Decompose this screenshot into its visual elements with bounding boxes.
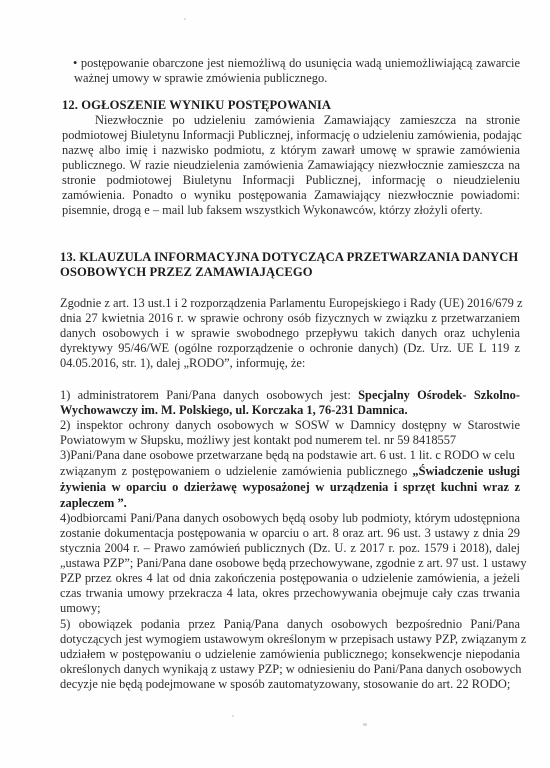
bullet-icon: • <box>73 56 77 70</box>
section-heading: OSOBOWYCH PRZEZ ZAMAWIAJĄCEGO <box>60 265 313 280</box>
scan-speck <box>363 723 367 726</box>
list-item-2: 2) inspektor ochrony danych osobowych w … <box>60 418 520 433</box>
paragraph-line: Niezwłocznie po udzieleniu zamówienia Za… <box>95 113 520 128</box>
bullet-line-1: • postępowanie obarczone jest niemożliwą… <box>73 56 520 71</box>
list-item-4-line: PZP przez okres 4 lat od dnia zakończeni… <box>60 571 520 586</box>
list-item-3: 3)Pani/Pana dane osobowe przetwarzane bę… <box>60 448 515 463</box>
scan-speck <box>184 18 186 20</box>
list-item-1-address: Wychowawczy im. M. Polskiego, ul. Korcza… <box>60 403 408 418</box>
list-item-3-title-end: zapleczem ”. <box>60 496 127 511</box>
list-item-5-line: dotyczących jest wymogiem ustawowym okre… <box>60 632 520 647</box>
list-item-4-line: „ustawa PZP”; Pani/Pana dane osobowe będ… <box>60 556 520 571</box>
paragraph-line: 04.05.2016, str. 1), dalej „RODO”, infor… <box>60 356 305 371</box>
list-item-5-line: udziałem w postępowaniu o udzielenie zam… <box>60 647 520 662</box>
paragraph-line: nazwę albo imię i nazwisko podmiotu, z k… <box>62 143 520 158</box>
scan-speck <box>232 715 234 717</box>
paragraph-line: dnia 27 kwietnia 2016 r. w sprawie ochro… <box>60 311 520 326</box>
paragraph-line: publicznego. W razie nieudzielenia zamów… <box>62 158 520 173</box>
list-item-5: 5) obowiązek podania przez Panią/Pana da… <box>60 617 520 632</box>
paragraph-line: zamówienia. Ponadto o wyniku postępowani… <box>62 188 520 203</box>
paragraph-line: stronie podmiotowej Biuletynu Informacji… <box>62 173 520 188</box>
section-heading: 12. OGŁOSZENIE WYNIKU POSTĘPOWANIA <box>62 98 331 113</box>
list-item-5-line: określonych danych wynikają z ustawy PZP… <box>60 662 520 677</box>
paragraph-line: Zgodnie z art. 13 ust.1 i 2 rozporządzen… <box>60 296 520 311</box>
list-item-1: 1) administratorem Pani/Pana danych osob… <box>60 388 520 403</box>
list-item-5-line: decyzje nie będą podejmowane w sposób za… <box>60 677 510 692</box>
document-page: • postępowanie obarczone jest niemożliwą… <box>0 0 550 768</box>
bullet-line-2: ważnej umowy w sprawie zmówienia publicz… <box>74 71 327 86</box>
section-heading: 13. KLAUZULA INFORMACYJNA DOTYCZĄCA PRZE… <box>60 250 508 265</box>
paragraph-line: danych osobowych i w sprawie swobodnego … <box>60 326 520 341</box>
list-item-4-line: stycznia 2004 r. – Prawo zamówień public… <box>60 541 520 556</box>
paragraph-line: dyrektywy 95/46/WE (ogólne rozporządzeni… <box>60 341 520 356</box>
paragraph-line: pisemnie, drogą e – mail lub faksem wszy… <box>62 203 483 218</box>
list-item-4-line: umowy; <box>60 601 101 616</box>
list-item-4-line: zostanie dokumentacja postępowania w opa… <box>60 526 520 541</box>
list-item-3-line: związanym z postępowaniem o udzielenie z… <box>60 464 520 479</box>
list-item-3-title: żywienia w oparciu o dzierżawę wyposażon… <box>60 480 520 495</box>
list-item-4: 4)odbiorcami Pani/Pana danych osobowych … <box>60 511 520 526</box>
list-item-4-line: czas trwania umowy przekracza 4 lata, ok… <box>60 586 520 601</box>
paragraph-line: podmiotowej Biuletynu Informacji Publicz… <box>62 128 520 143</box>
list-item-2-line: Powiatowym w Słupsku, możliwy jest konta… <box>60 433 456 448</box>
